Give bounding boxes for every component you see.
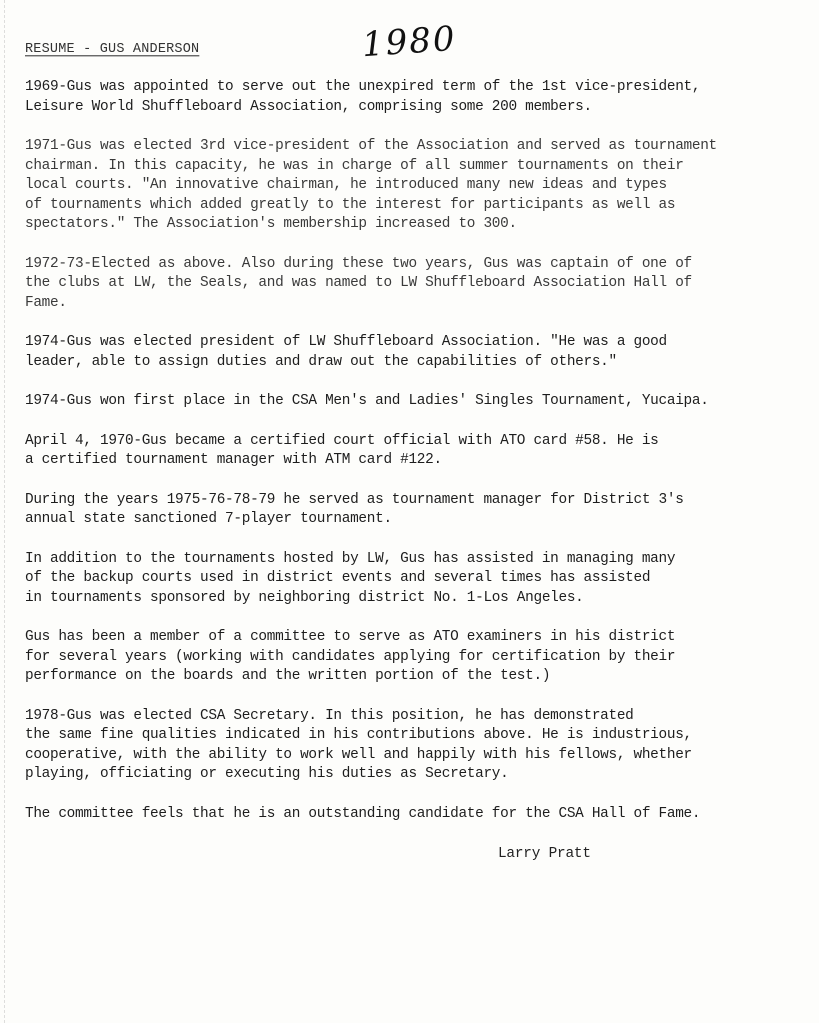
document-title: RESUME - GUS ANDERSON (25, 42, 199, 58)
document-body: 1969-Gus was appointed to serve out the … (25, 78, 805, 844)
paragraph-1972-73: 1972-73-Elected as above. Also during th… (25, 255, 805, 314)
handwritten-year-annotation: 1980 (361, 19, 458, 65)
paragraph-backup-courts: In addition to the tournaments hosted by… (25, 550, 805, 609)
paragraph-1974-singles: 1974-Gus won first place in the CSA Men'… (25, 392, 805, 412)
paragraph-conclusion: The committee feels that he is an outsta… (25, 805, 805, 825)
signature: Larry Pratt (498, 846, 591, 862)
paragraph-district-manager: During the years 1975-76-78-79 he served… (25, 491, 805, 530)
paragraph-1969: 1969-Gus was appointed to serve out the … (25, 78, 805, 117)
paragraph-ato-examiner: Gus has been a member of a committee to … (25, 628, 805, 687)
page-edge-perforation (4, 0, 7, 1023)
paragraph-1978-secretary: 1978-Gus was elected CSA Secretary. In t… (25, 707, 805, 785)
paragraph-1974-president: 1974-Gus was elected president of LW Shu… (25, 333, 805, 372)
paragraph-1971: 1971-Gus was elected 3rd vice-president … (25, 137, 805, 235)
paragraph-certification: April 4, 1970-Gus became a certified cou… (25, 432, 805, 471)
